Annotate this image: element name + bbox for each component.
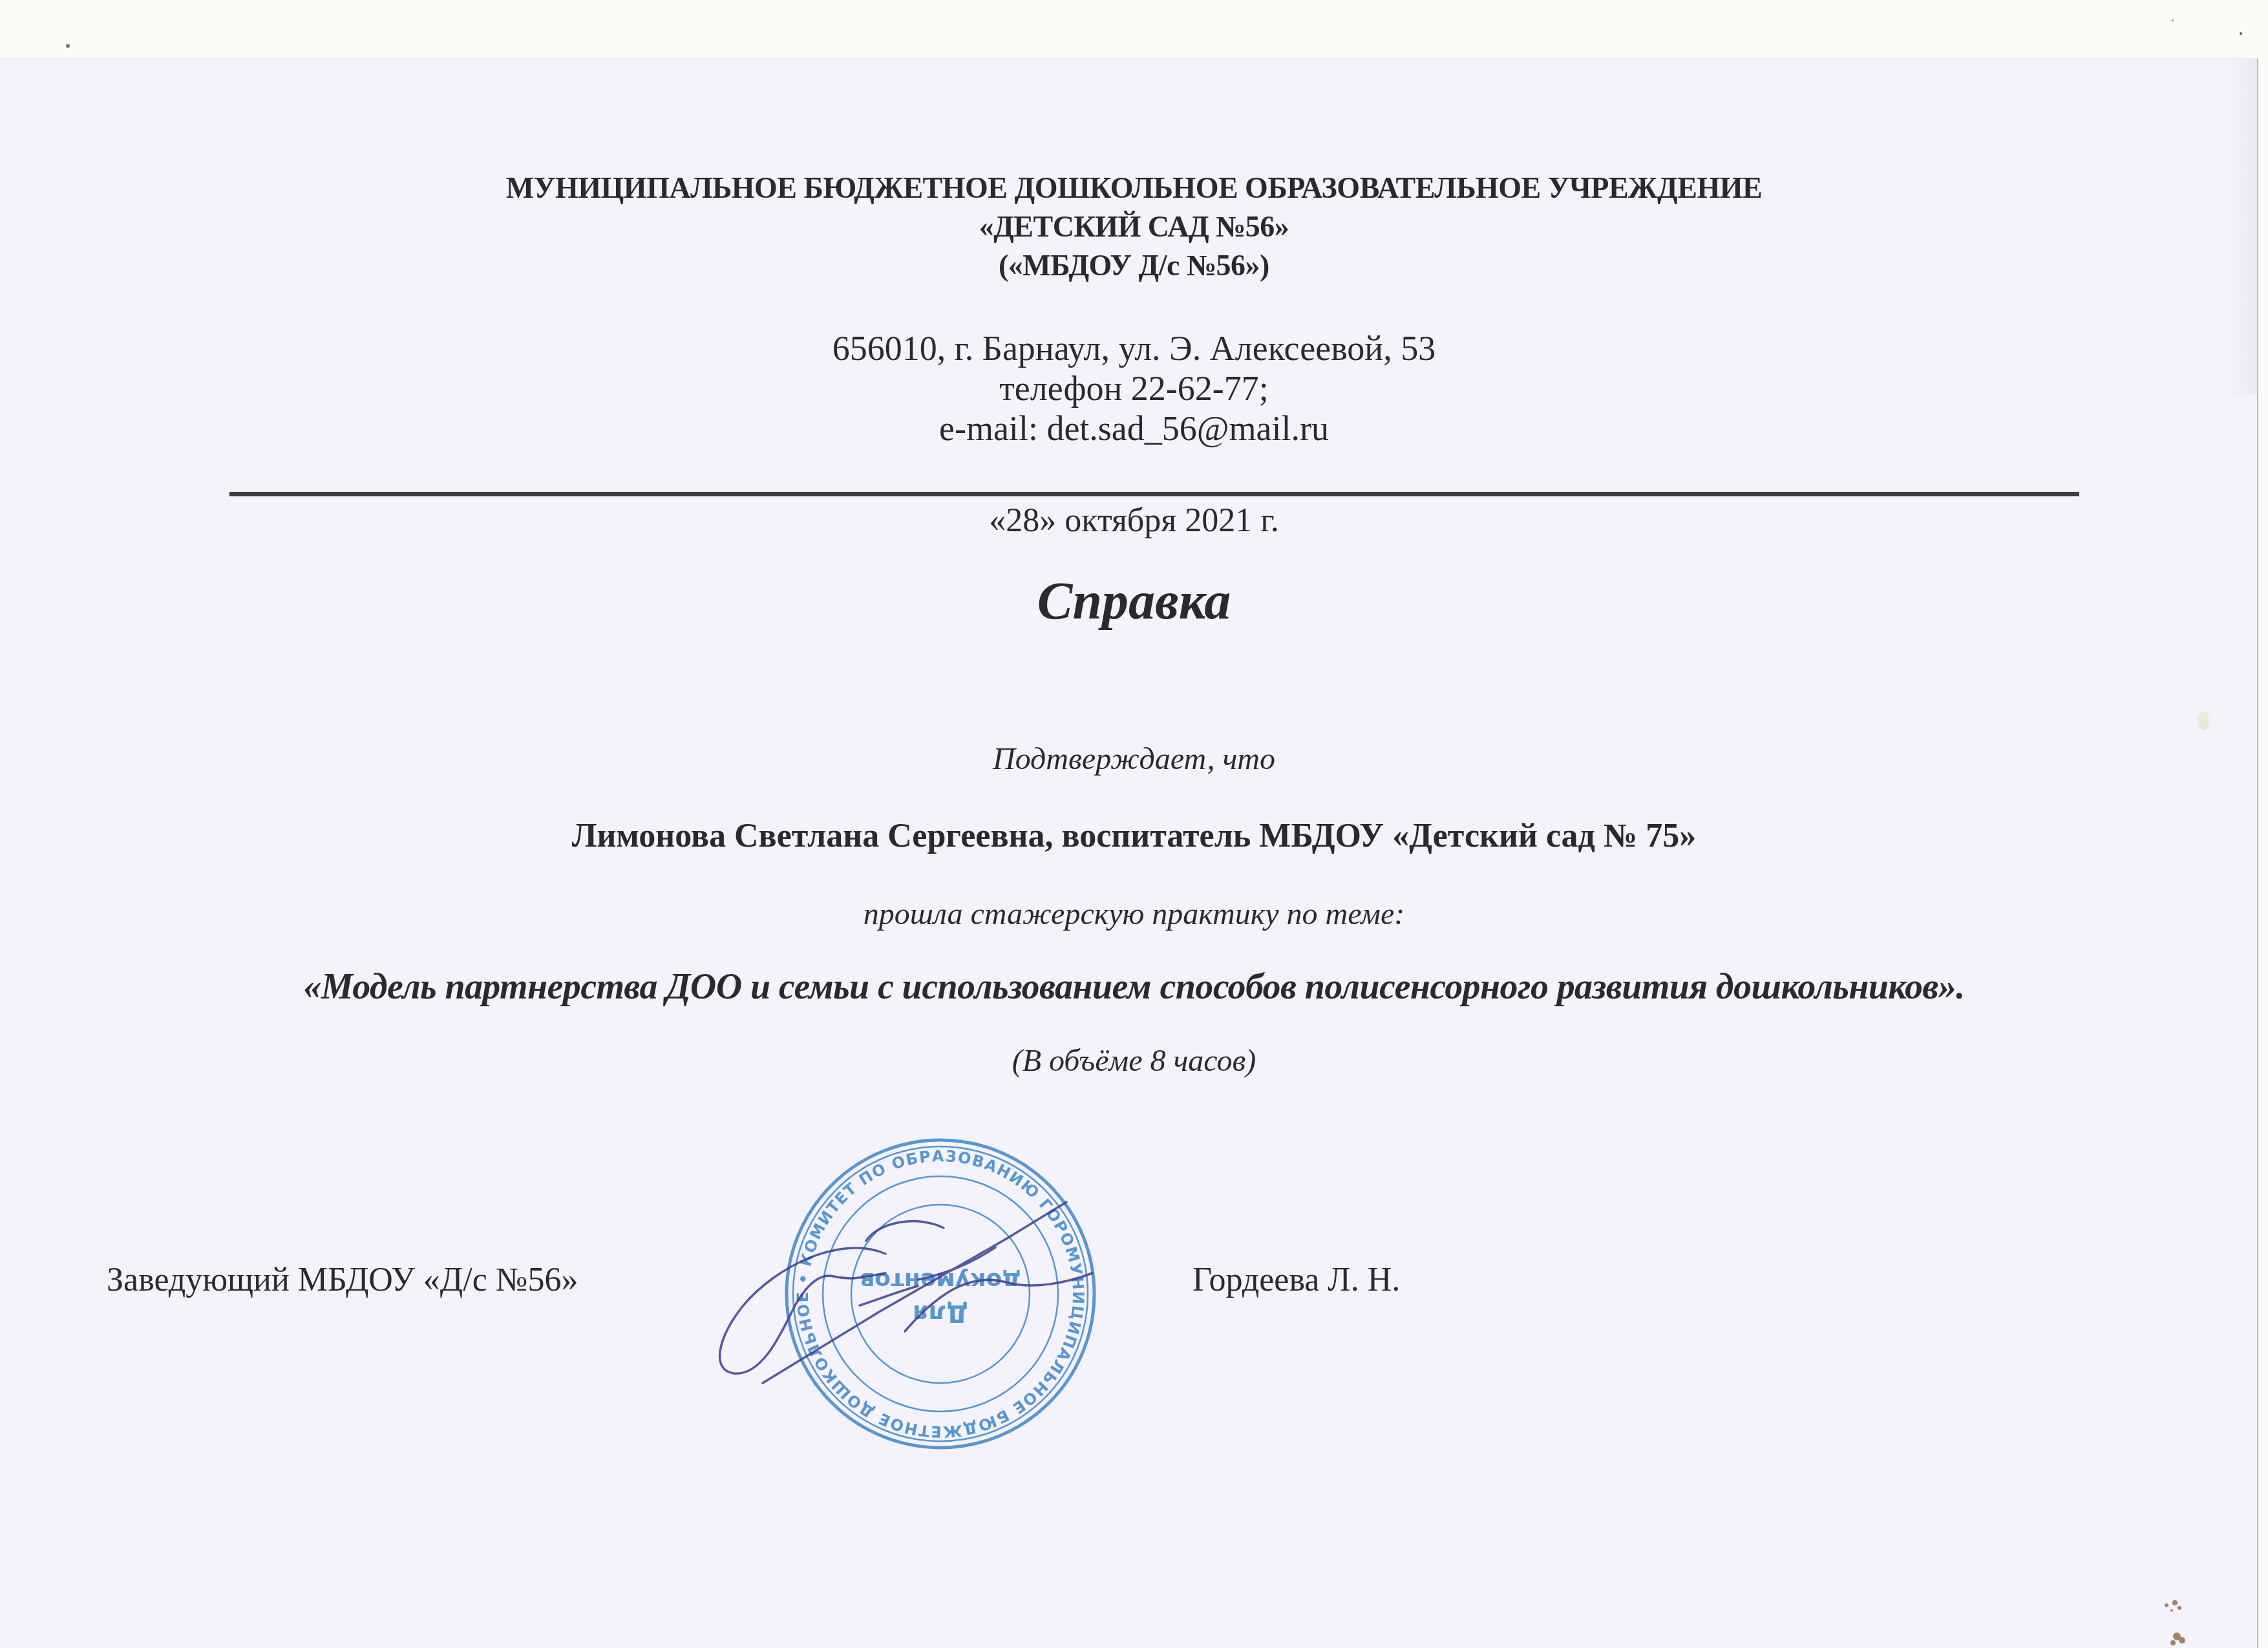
- practice-volume: (В объёме 8 часов): [0, 1042, 2268, 1081]
- scan-speck: [2198, 711, 2209, 730]
- phone: телефон 22-62-77;: [0, 368, 2268, 408]
- confirms-text: Подтверждает, что: [0, 740, 2268, 779]
- practice-topic: «Модель партнерства ДОО и семьи с исполь…: [0, 964, 2268, 1009]
- header-divider: [229, 492, 2079, 496]
- address: 656010, г. Барнаул, ул. Э. Алексеевой, 5…: [0, 328, 2268, 368]
- scan-speck: [2240, 32, 2242, 35]
- document-title: Справка: [0, 569, 2268, 633]
- practice-text: прошла стажерскую практику по теме:: [0, 895, 2268, 934]
- email: e-mail: det.sad_56@mail.ru: [0, 408, 2268, 449]
- org-name-line-1: МУНИЦИПАЛЬНОЕ БЮДЖЕТНОЕ ДОШКОЛЬНОЕ ОБРАЗ…: [0, 169, 2268, 207]
- scan-speck: [66, 44, 70, 48]
- handwritten-signature: [672, 1176, 1125, 1396]
- person-name: Лимонова Светлана Сергеевна, воспитатель…: [0, 816, 2268, 857]
- signatory-name: Гордеева Л. Н.: [1192, 1260, 1400, 1300]
- org-abbreviation: («МБДОУ Д/с №56»): [0, 247, 2268, 284]
- scan-speck: [2172, 19, 2174, 21]
- document-date: «28» октября 2021 г.: [0, 501, 2268, 541]
- org-name-line-2: «ДЕТСКИЙ САД №56»: [0, 208, 2268, 246]
- paper-stain: [2159, 1596, 2198, 1648]
- signatory-position: Заведующий МБДОУ «Д/с №56»: [107, 1260, 578, 1300]
